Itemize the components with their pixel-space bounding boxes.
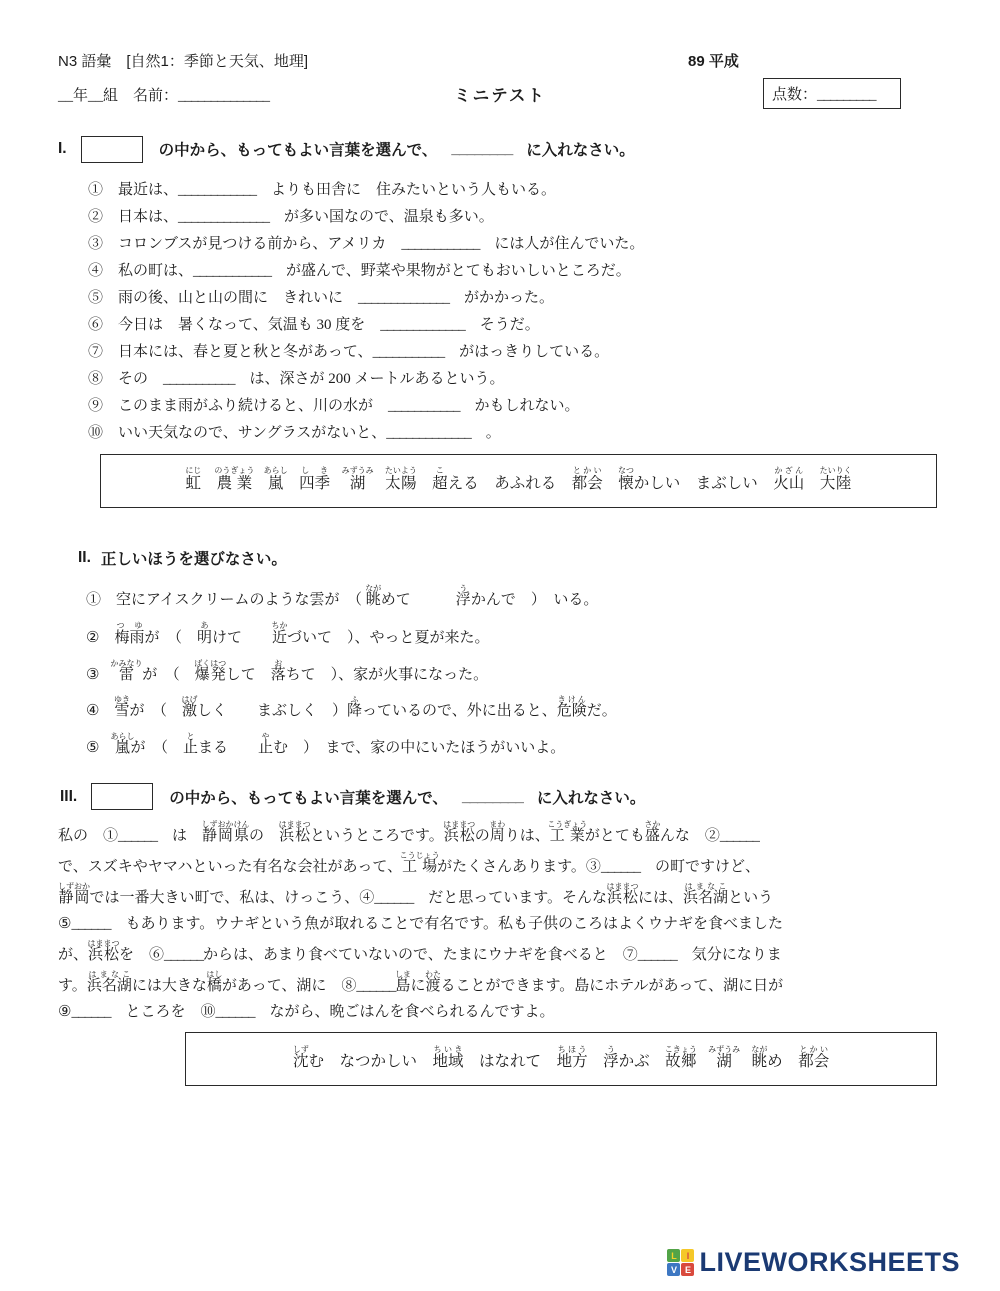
text-run: しく まぶしく ） — [197, 703, 347, 719]
passage-line: で、スズキやヤマハといった有名な会社があって、工場こうじょうがたくさんあります。… — [58, 851, 942, 878]
ruby-word: 農業のうぎょう — [217, 475, 253, 492]
text-run — [417, 475, 433, 492]
text-run: ④ — [86, 703, 114, 719]
ruby-word: 沈しず — [293, 1053, 309, 1070]
section-1-heading: I. の中から、もってもよい言葉を選んで、 ________ に入れなさい。 — [58, 134, 942, 164]
ruby-word: 大陸たいりく — [820, 475, 852, 492]
blank-field[interactable]: ______ — [601, 859, 640, 875]
section-3-heading: III. の中から、もってもよい言葉を選んで、 ________ に入れなさい。 — [60, 782, 942, 812]
text-run — [736, 1053, 752, 1070]
choice-question-item[interactable]: ② 梅雨つ ゆが （ 明あけて 近ちかづいて ）、やっと夏が来た。 — [86, 621, 942, 650]
ruby-word: 火山かざん — [773, 475, 804, 492]
passage-line: す。浜名湖はまなこには大きな橋はしがあって、湖に ⑧______島しまに渡わたる… — [58, 970, 942, 997]
ruby-word: 爆発ばくはつ — [195, 667, 226, 683]
word-bank-3: 沈しずむ なつかしい 地域ちいき はなれて 地方ちほう 浮うかぶ 故郷こきょう … — [185, 1032, 937, 1086]
ruby-word: 嵐あらし — [114, 740, 130, 756]
text-run: には大きな — [132, 978, 207, 994]
ruby-word: 地域ちいき — [433, 1053, 464, 1070]
question-item: ① 最近は、____________ よりも田舎に 住みたいという人もいる。 — [88, 177, 942, 204]
section-2-heading: II. 正しいほうを選びなさい。 — [78, 546, 942, 570]
text-run: には、 — [638, 890, 683, 906]
score-box: 点数：_________ — [763, 78, 901, 109]
ruby-word: 眺なが — [366, 592, 381, 608]
text-run: が （ — [130, 740, 183, 756]
text-run: す。 — [58, 978, 87, 994]
text-run: の — [249, 828, 279, 844]
text-run: がはっきりしている。 — [444, 344, 609, 360]
text-run: はなれて — [479, 1053, 557, 1070]
text-run: ① 空にアイスクリームのような雲が （ — [86, 592, 366, 608]
score-label: 点数： — [772, 87, 817, 103]
ruby-word: 眺なが — [752, 1053, 768, 1070]
blank-field[interactable]: ______________ — [358, 290, 449, 306]
ruby-word: 静岡県しずおかけん — [202, 828, 249, 844]
text-run: がかかった。 — [449, 290, 554, 306]
ruby-word: 静岡しずおか — [58, 890, 90, 906]
text-run: える — [448, 475, 495, 492]
text-run: もあります。ウナギという魚が取れることで有名です。私も子供のころはよくウナギを食… — [110, 916, 783, 932]
text-run: っているので、外に出ると、 — [362, 703, 557, 719]
word-bank-reference-box — [81, 136, 143, 163]
ruby-word: 懐なつ — [618, 475, 634, 492]
text-run: ① 最近は、 — [88, 182, 178, 198]
text-run: 私の ① — [58, 828, 118, 844]
blank-field[interactable]: _____________ — [380, 317, 465, 333]
text-run: かもしれない。 — [460, 398, 580, 414]
ruby-word: 激はげ — [182, 703, 197, 719]
text-run: が （ — [129, 703, 182, 719]
text-run: まぶしい — [696, 475, 774, 492]
choice-question-item[interactable]: ③ 雷かみなり が （ 爆発ばくはつして 落おちて ）、家が火事になった。 — [86, 659, 942, 687]
passage-line: 静岡しずおかでは一番大きい町で、私は、けっこう、④______ だと思っています… — [58, 882, 942, 909]
ruby-word: 工場こうじょう — [402, 859, 437, 875]
text-run: の町ですけど、 — [640, 859, 760, 875]
question-item: ⑩ いい天気なので、サングラスがないと、_____________ 。 — [88, 420, 942, 447]
section-2-instruction: 正しいほうを選びなさい。 — [101, 547, 287, 569]
question-item: ⑦ 日本には、春と夏と秋と冬があって、___________ がはっきりしている… — [88, 339, 942, 366]
ruby-word: 浜名湖はまなこ — [683, 890, 728, 906]
text-run: は — [157, 828, 202, 844]
question-item: ⑤ 雨の後、山と山の間に きれいに ______________ がかかった。 — [88, 285, 942, 312]
brand-tile-i: I — [681, 1249, 694, 1262]
section-3-instruction-post: に入れなさい。 — [537, 786, 646, 808]
header-line-2: __年__組 名前：______________ ミニテスト 点数：______… — [58, 78, 942, 116]
text-run: づいて ）、やっと夏が来た。 — [287, 630, 490, 646]
brand-tile-e: E — [681, 1263, 694, 1276]
blank-field[interactable]: ______ — [215, 1004, 254, 1020]
ruby-word: 嵐あらし — [268, 475, 284, 492]
text-run: 気分になりま — [677, 947, 782, 963]
blank-field[interactable]: ______ — [71, 1004, 110, 1020]
instruction-blank: ________ — [462, 788, 523, 806]
text-run: ところを ⑩ — [110, 1004, 215, 1020]
question-item: ④ 私の町は、____________ が盛んで、野菜や果物がとてもおいしいとこ… — [88, 258, 942, 285]
ruby-word: 島しま — [395, 978, 410, 994]
ruby-word: 浮う — [603, 1053, 619, 1070]
question-item: ⑥ 今日は 暑くなって、気温も 30 度を _____________ そうだ。 — [88, 312, 942, 339]
text-run: が （ — [144, 630, 197, 646]
reading-passage: 私の ①______ は 静岡県しずおかけんの 浜松はままつというところです。浜… — [58, 820, 942, 1023]
ruby-word: 周まわ — [490, 828, 505, 844]
text-run: が多い国なので、温泉も多い。 — [269, 209, 494, 225]
instruction-blank: ________ — [451, 140, 512, 158]
section-1-instruction-post: に入れなさい。 — [526, 138, 635, 160]
section-2-items: ① 空にアイスクリームのような雲が （ 眺ながめて 浮うかんで ） いる。 ② … — [86, 584, 942, 760]
blank-field[interactable]: ______ — [638, 947, 677, 963]
text-run: ながら、晩ごはんを食べられるんですよ。 — [254, 1004, 554, 1020]
blank-field[interactable]: ______ — [720, 828, 759, 844]
text-run: は、深さが 200 メートルあるという。 — [235, 371, 505, 387]
text-run: からは、あまり食べていないので、たまにウナギを食べると ⑦ — [203, 947, 638, 963]
text-run: がたくさんあります。③ — [437, 859, 601, 875]
text-run: めて — [381, 592, 456, 608]
blank-field[interactable]: ___________ — [373, 344, 445, 360]
text-run: ⑥ 今日は 暑くなって、気温も 30 度を — [88, 317, 380, 333]
text-run: の — [475, 828, 490, 844]
text-run: ⑤ 雨の後、山と山の間に きれいに — [88, 290, 358, 306]
choice-question-item[interactable]: ⑤ 嵐あらしが （ 止とまる 止やむ ） まで、家の中にいたほうがいいよ。 — [86, 732, 942, 760]
blank-field[interactable]: ____________ — [193, 263, 271, 279]
text-run — [804, 475, 820, 492]
word-bank-reference-box — [91, 783, 153, 810]
text-run: ることができます。島にホテルがあって、湖に日が — [440, 978, 783, 994]
text-run: あふれる — [494, 475, 572, 492]
text-run: が、 — [58, 947, 88, 963]
blank-field[interactable]: ____________ — [401, 236, 479, 252]
text-run: で、スズキやヤマハといった有名な会社があって、 — [58, 859, 402, 875]
text-run: がとても — [585, 828, 645, 844]
blank-field[interactable]: ___________ — [388, 398, 460, 414]
text-run: ⑨ このまま雨がふり続けると、川の水が — [88, 398, 388, 414]
ruby-word: 浮う — [456, 592, 471, 608]
worksheet-number: 89 平成 — [688, 50, 739, 71]
brand-tile-l: L — [667, 1249, 680, 1262]
score-input-blank[interactable]: _________ — [817, 87, 876, 103]
passage-line: ⑤______ もあります。ウナギという魚が取れることで有名です。私も子供のころ… — [58, 914, 942, 935]
ruby-word: 止や — [258, 740, 273, 756]
ruby-word: 危険きけん — [557, 703, 587, 719]
blank-field[interactable]: ______ — [71, 916, 110, 932]
brand-name: LIVEWORKSHEETS — [699, 1247, 960, 1278]
text-run: では一番大きい町で、私は、けっこう、④ — [90, 890, 375, 906]
text-run: まる — [198, 740, 258, 756]
ruby-word: 橋はし — [207, 978, 222, 994]
blank-field[interactable]: ___________ — [163, 371, 235, 387]
text-run — [284, 475, 300, 492]
text-run: ④ 私の町は、 — [88, 263, 193, 279]
text-run: かぶ — [619, 1053, 666, 1070]
ruby-word: 四季し き — [299, 475, 330, 492]
text-run: ⑦ 日本には、春と夏と秋と冬があって、 — [88, 344, 373, 360]
ruby-word: 故郷こきょう — [665, 1053, 697, 1070]
text-run: が （ — [138, 667, 194, 683]
ruby-word: 地方ちほう — [557, 1053, 588, 1070]
ruby-word: 都会とかい — [798, 1053, 829, 1070]
header-line-1: N3 語彙 [自然1：季節と天気、地理] 89 平成 — [58, 50, 942, 74]
text-run: 。 — [471, 425, 501, 441]
blank-field[interactable]: ______ — [356, 978, 395, 994]
text-run: ちて ）、家が火事になった。 — [286, 667, 488, 683]
text-run: そうだ。 — [465, 317, 540, 333]
text-run: め — [767, 1053, 798, 1070]
ruby-word: 工業こうぎょう — [550, 828, 585, 844]
text-run: ③ コロンブスが見つける前から、アメリカ — [88, 236, 401, 252]
blank-field[interactable]: ______________ — [178, 209, 269, 225]
text-run: ⑩ いい天気なので、サングラスがないと、 — [88, 425, 386, 441]
text-run: かんで ） いる。 — [471, 592, 599, 608]
blank-field[interactable]: ______ — [374, 890, 413, 906]
ruby-word: 浜松はままつ — [444, 828, 475, 844]
text-run: ② 日本は、 — [88, 209, 178, 225]
ruby-word: 落お — [271, 667, 286, 683]
worksheet-page: N3 語彙 [自然1：季節と天気、地理] 89 平成 __年__組 名前：___… — [0, 0, 1000, 1086]
ruby-word: 浜松はままつ — [88, 947, 119, 963]
blank-field[interactable]: ______ — [118, 828, 157, 844]
ruby-word: 超こ — [432, 475, 448, 492]
question-item: ⑨ このまま雨がふり続けると、川の水が ___________ かもしれない。 — [88, 393, 942, 420]
ruby-word: 浜松はままつ — [607, 890, 638, 906]
ruby-word: 太陽たいよう — [385, 475, 417, 492]
text-run: けて — [212, 630, 272, 646]
text-run: して — [226, 667, 271, 683]
text-run: があって、湖に ⑧ — [222, 978, 357, 994]
question-item: ② 日本は、______________ が多い国なので、温泉も多い。 — [88, 204, 942, 231]
ruby-word: 明あ — [197, 630, 212, 646]
course-label: N3 語彙 [自然1：季節と天気、地理] — [58, 53, 308, 70]
text-run — [588, 1053, 604, 1070]
choice-question-item[interactable]: ① 空にアイスクリームのような雲が （ 眺ながめて 浮うかんで ） いる。 — [86, 584, 942, 612]
brand-tile-v: V — [667, 1263, 680, 1276]
text-run: を ⑥ — [119, 947, 164, 963]
text-run: よりも田舎に 住みたいという人もいる。 — [256, 182, 556, 198]
brand-tiles-icon: LIVE — [667, 1249, 694, 1276]
ruby-word: 雪ゆき — [114, 703, 129, 719]
text-run: りは、 — [505, 828, 550, 844]
text-run: なつかしい — [340, 1053, 433, 1070]
passage-line: 私の ①______ は 静岡県しずおかけんの 浜松はままつというところです。浜… — [58, 820, 942, 847]
question-item: ③ コロンブスが見つける前から、アメリカ ____________ には人が住ん… — [88, 231, 942, 258]
text-run: には人が住んでいた。 — [479, 236, 644, 252]
ruby-word: 都会とかい — [572, 475, 603, 492]
word-bank-1: 虹にじ 農業のうぎょう 嵐あらし 四季し き 湖みずうみ 太陽たいよう 超こえる… — [100, 454, 937, 508]
text-run: だと思っています。そんな — [413, 890, 607, 906]
ruby-word: 浜松はままつ — [279, 828, 310, 844]
text-run: ⑤ — [58, 916, 71, 932]
section-1-label: I. — [58, 140, 67, 158]
ruby-word: 雷かみなり — [114, 667, 138, 683]
ruby-word: 湖みずうみ — [712, 1053, 736, 1070]
section-3-label: III. — [60, 788, 77, 806]
blank-field[interactable]: _____________ — [386, 425, 471, 441]
ruby-word: 止と — [183, 740, 198, 756]
passage-line: ⑨______ ところを ⑩______ ながら、晩ごはんを食べられるんですよ。 — [58, 1002, 942, 1023]
text-run: という — [728, 890, 773, 906]
section-2-label: II. — [78, 549, 91, 567]
ruby-word: 盛さか — [645, 828, 660, 844]
text-run — [464, 1053, 480, 1070]
section-3-instruction-pre: の中から、もってもよい言葉を選んで、 — [169, 786, 448, 808]
section-1-items: ① 最近は、____________ よりも田舎に 住みたいという人もいる。 ②… — [88, 177, 942, 447]
brand-logo[interactable]: LIVE LIVEWORKSHEETS — [667, 1247, 960, 1278]
ruby-word: 渡わた — [425, 978, 440, 994]
ruby-word: 梅雨つ ゆ — [114, 630, 144, 646]
text-run: だ。 — [587, 703, 617, 719]
text-run: かしい — [634, 475, 696, 492]
text-run: む — [308, 1053, 339, 1070]
ruby-word: 湖みずうみ — [346, 475, 370, 492]
text-run: に — [410, 978, 425, 994]
text-run: む ） まで、家の中にいたほうがいいよ。 — [273, 740, 565, 756]
text-run: ⑧ その — [88, 371, 163, 387]
blank-field[interactable]: ____________ — [178, 182, 256, 198]
blank-field[interactable]: ______ — [164, 947, 203, 963]
text-run: んな ② — [660, 828, 720, 844]
text-run: ⑨ — [58, 1004, 71, 1020]
text-run: というところです。 — [310, 828, 444, 844]
passage-line: が、浜松はままつを ⑥______からは、あまり食べていないので、たまにウナギを… — [58, 939, 942, 966]
text-run — [370, 475, 386, 492]
ruby-word: 浜名湖はまなこ — [87, 978, 132, 994]
question-item: ⑧ その ___________ は、深さが 200 メートルあるという。 — [88, 366, 942, 393]
ruby-word: 降ふ — [347, 703, 362, 719]
section-1-instruction-pre: の中から、もってもよい言葉を選んで、 — [159, 138, 438, 160]
choice-question-item[interactable]: ④ 雪ゆきが （ 激はげしく まぶしく ）降ふっているので、外に出ると、危険きけ… — [86, 695, 942, 723]
ruby-word: 虹にじ — [185, 475, 201, 492]
text-run — [603, 475, 619, 492]
text-run: が盛んで、野菜や果物がとてもおいしいところだ。 — [271, 263, 631, 279]
text-run: ② — [86, 630, 114, 646]
ruby-word: 近ちか — [272, 630, 287, 646]
